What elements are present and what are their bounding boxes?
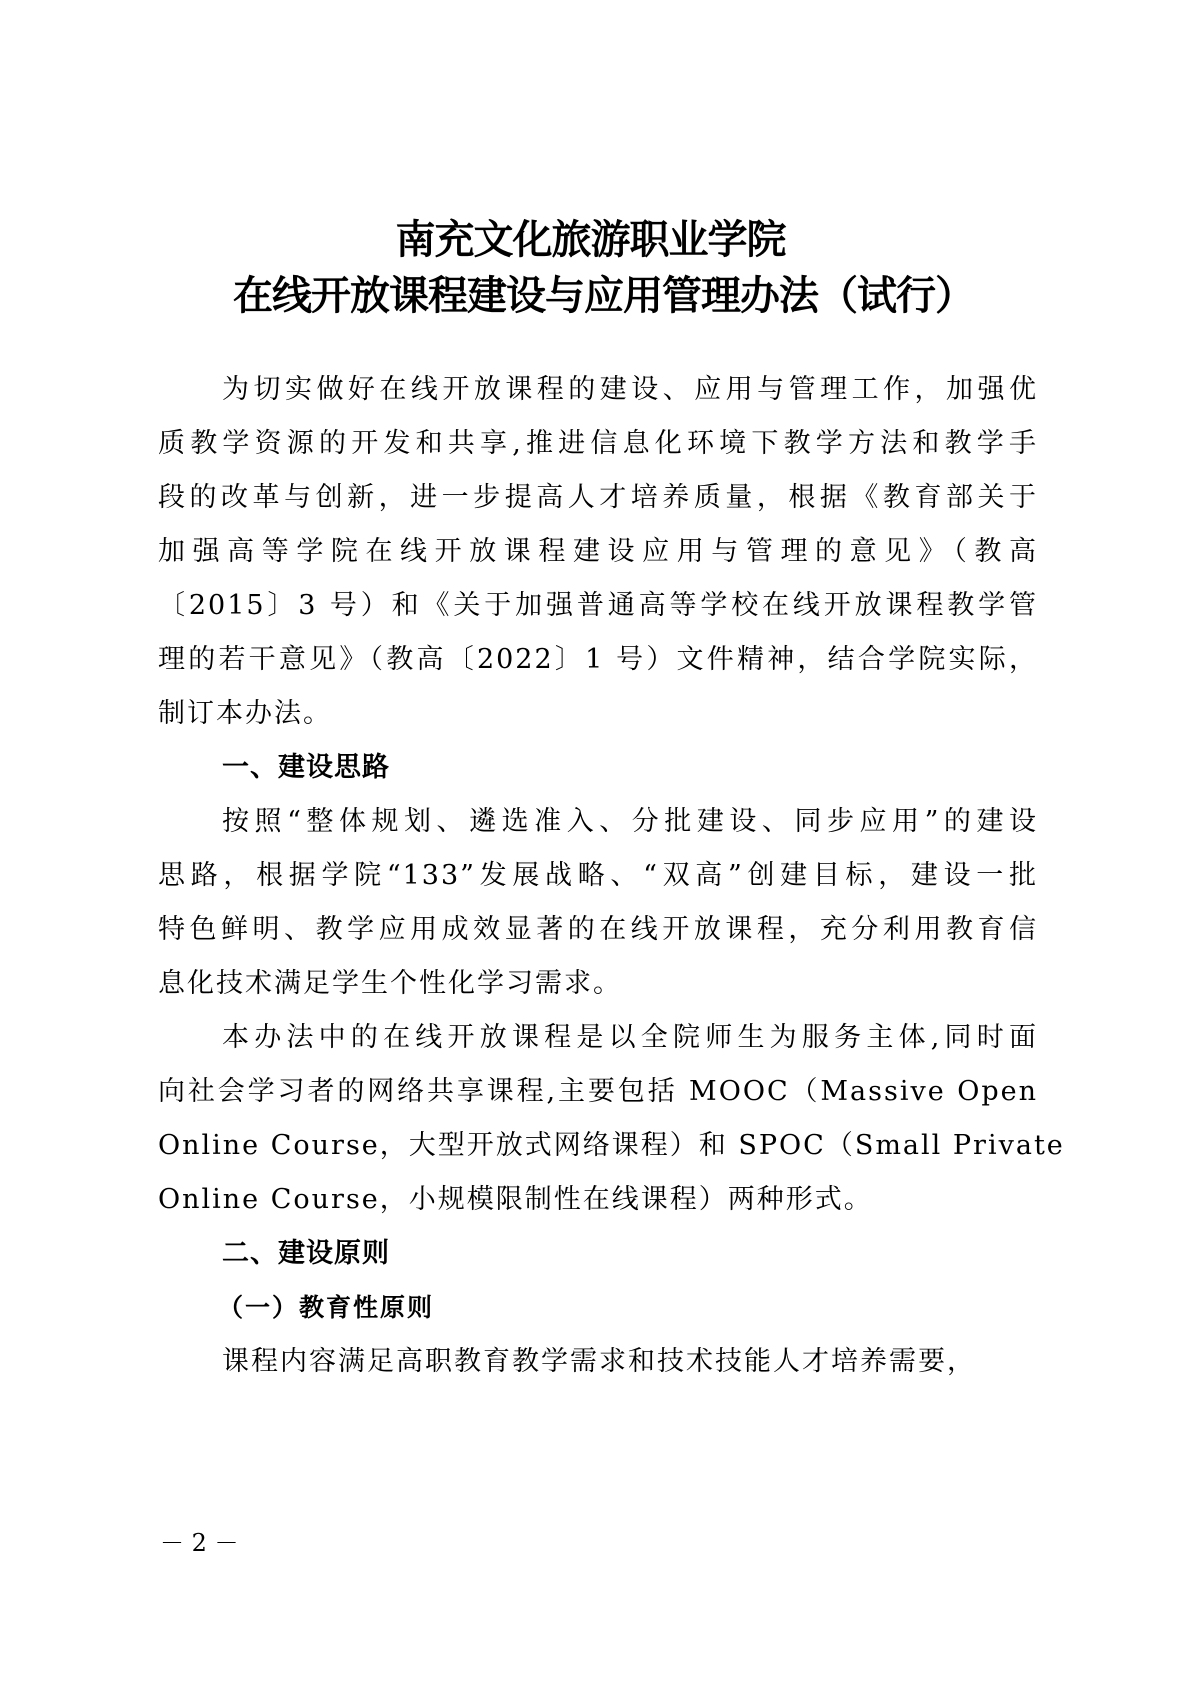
- intro-line-3: 段的改革与创新，进一步提高人才培养质量，根据《教育部关于: [158, 478, 1038, 518]
- document-title-regulation: 在线开放课程建设与应用管理办法（试行）: [8, 268, 1191, 324]
- section1-para1-line-4: 息化技术满足学生个性化学习需求。: [158, 964, 1038, 1004]
- section1-para2-line-2: 向社会学习者的网络共享课程,主要包括 MOOC（Massive Open: [158, 1072, 1038, 1112]
- intro-line-5: 〔2015〕3 号）和《关于加强普通高等学校在线开放课程教学管: [158, 586, 1038, 626]
- intro-line-4: 加强高等学院在线开放课程建设应用与管理的意见》（教高: [158, 532, 1038, 572]
- section-heading-construction-principles: 二、建设原则: [222, 1234, 390, 1274]
- section1-para2-line-1: 本办法中的在线开放课程是以全院师生为服务主体,同时面: [222, 1018, 1038, 1058]
- subheading-educational-principle: （一）教育性原则: [218, 1288, 434, 1328]
- intro-line-6: 理的若干意见》（教高〔2022〕1 号）文件精神，结合学院实际，: [158, 640, 1038, 680]
- intro-line-2: 质教学资源的开发和共享,推进信息化环境下教学方法和教学手: [158, 424, 1038, 464]
- intro-line-1: 为切实做好在线开放课程的建设、应用与管理工作，加强优: [222, 370, 1038, 410]
- section1-para2-line-3: Online Course，大型开放式网络课程）和 SPOC（Small Pri…: [158, 1126, 1038, 1166]
- section2-sub1-line-1: 课程内容满足高职教育教学需求和技术技能人才培养需要，: [222, 1342, 1038, 1382]
- page-number: － 2 －: [160, 1527, 239, 1559]
- section1-para2-line-4: Online Course，小规模限制性在线课程）两种形式。: [158, 1180, 1038, 1220]
- section1-para1-line-1: 按照“整体规划、遴选准入、分批建设、同步应用”的建设: [222, 802, 1038, 842]
- intro-line-7: 制订本办法。: [158, 694, 1038, 734]
- document-title-institution: 南充文化旅游职业学院: [0, 212, 1186, 268]
- section-heading-construction-approach: 一、建设思路: [222, 748, 390, 788]
- section1-para1-line-2: 思路，根据学院“133”发展战略、“双高”创建目标，建设一批: [158, 856, 1038, 896]
- document-page: 南充文化旅游职业学院 在线开放课程建设与应用管理办法（试行） 为切实做好在线开放…: [0, 0, 1191, 1684]
- section1-para1-line-3: 特色鲜明、教学应用成效显著的在线开放课程，充分利用教育信: [158, 910, 1038, 950]
